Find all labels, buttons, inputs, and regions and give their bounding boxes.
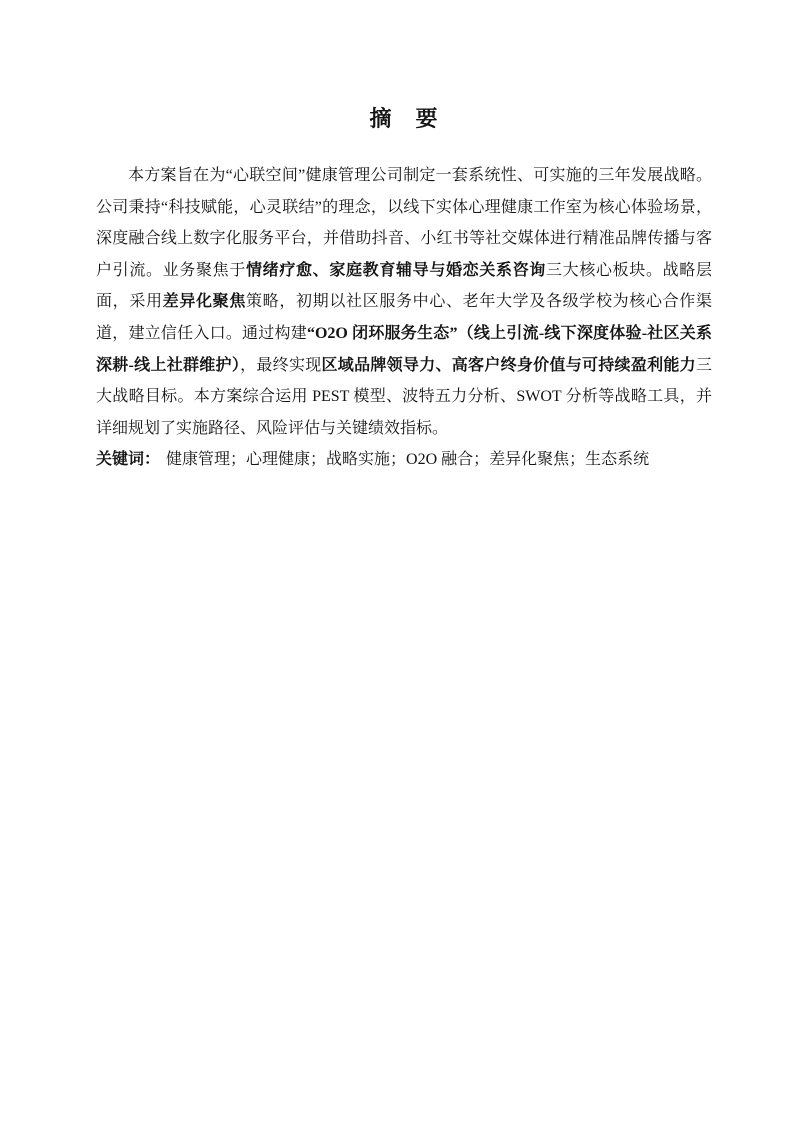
document-page: 摘 要 本方案旨在为“心联空间”健康管理公司制定一套系统性、可实施的三年发展战略… [0, 0, 793, 1122]
keywords-line: 关键词：健康管理；心理健康；战略实施；O2O 融合；差异化聚焦；生态系统 [96, 444, 712, 476]
abstract-run-bold: 情绪疗愈、家庭教育辅导与婚恋关系咨询 [246, 262, 546, 279]
page-title: 摘 要 [96, 104, 712, 134]
keywords-text: 健康管理；心理健康；战略实施；O2O 融合；差异化聚焦；生态系统 [166, 451, 649, 468]
abstract-paragraph: 本方案旨在为“心联空间”健康管理公司制定一套系统性、可实施的三年发展战略。公司秉… [96, 160, 712, 444]
abstract-run-bold: 差异化聚焦 [163, 293, 246, 310]
abstract-run-bold: 区域品牌领导力、高客户终身价值与可持续盈利能力 [322, 357, 696, 374]
keywords-label: 关键词： [96, 451, 160, 468]
abstract-run: ，最终实现 [240, 357, 321, 374]
